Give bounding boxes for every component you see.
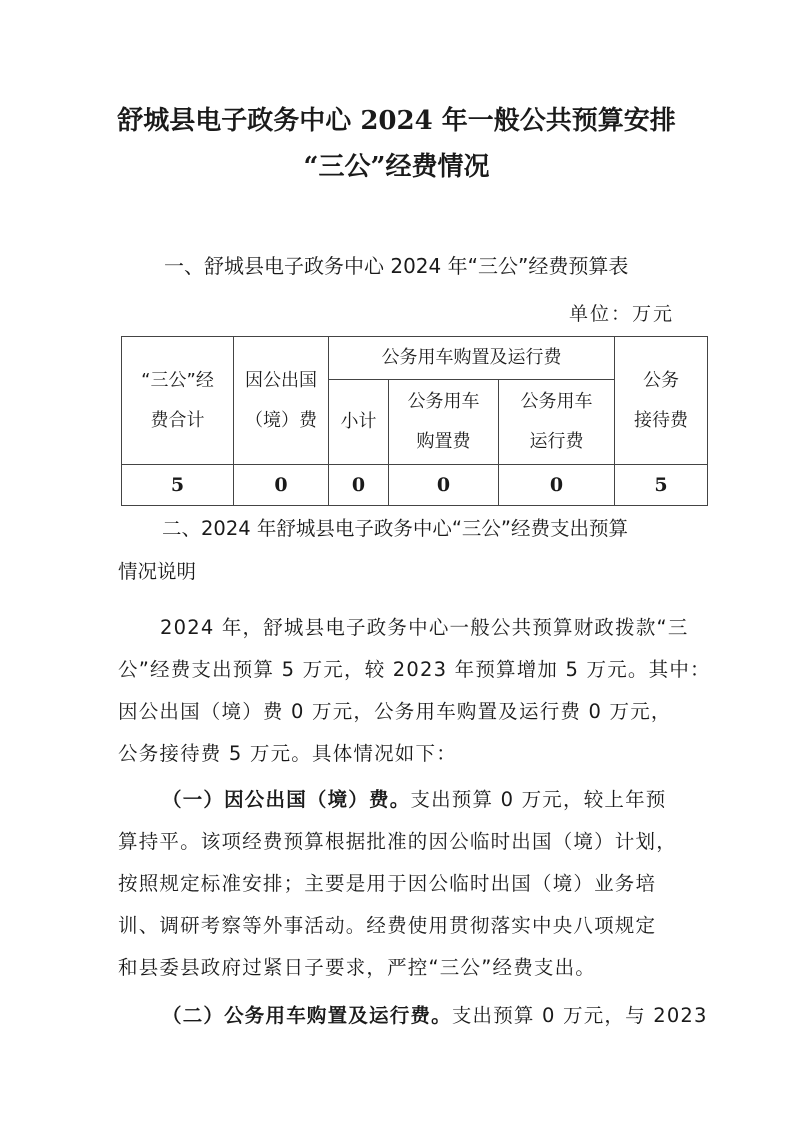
header-purchase-line2: 购置费 [389, 422, 498, 462]
subheading-abroad: （一）因公出国（境）费。 [162, 788, 410, 811]
header-total-line1: “三公”经 [122, 361, 233, 401]
header-abroad-line1: 因公出国 [234, 361, 328, 401]
header-reception-line2: 接待费 [615, 401, 707, 441]
value-subtotal: 0 [329, 465, 389, 506]
unit-label: 单位：万元 [569, 299, 674, 326]
header-reception-line1: 公务 [615, 361, 707, 401]
header-purchase: 公务用车 购置费 [389, 380, 499, 465]
header-operation: 公务用车 运行费 [499, 380, 615, 465]
document-title-line2: “三公”经费情况 [0, 146, 793, 183]
header-subtotal: 小计 [329, 380, 389, 465]
value-abroad: 0 [234, 465, 329, 506]
table-row: 5 0 0 0 0 5 [122, 465, 708, 506]
subheading-vehicle: （二）公务用车购置及运行费。 [162, 1004, 452, 1027]
paragraph-line: （一）因公出国（境）费。支出预算 0 万元，较上年预 [162, 784, 667, 812]
paragraph-line: 和县委县政府过紧日子要求，严控“三公”经费支出。 [118, 952, 596, 980]
section1-heading: 一、舒城县电子政务中心 2024 年“三公”经费预算表 [164, 250, 628, 279]
paragraph-text: 支出预算 0 万元，与 2023 [452, 1004, 708, 1027]
paragraph-line: 因公出国（境）费 0 万元，公务用车购置及运行费 0 万元， [118, 696, 672, 724]
header-vehicle-group: 公务用车购置及运行费 [329, 337, 615, 380]
section2-heading-line2: 情况说明 [118, 556, 196, 584]
paragraph-line: 2024 年，舒城县电子政务中心一般公共预算财政拨款“三 [160, 612, 689, 640]
paragraph-line: 公务接待费 5 万元。具体情况如下： [118, 738, 457, 766]
paragraph-text: 支出预算 0 万元，较上年预 [410, 788, 666, 811]
value-reception: 5 [615, 465, 708, 506]
section2-heading-line1: 二、2024 年舒城县电子政务中心“三公”经费支出预算 [162, 513, 628, 541]
paragraph-line: （二）公务用车购置及运行费。支出预算 0 万元，与 2023 [162, 1000, 708, 1028]
header-operation-line2: 运行费 [499, 422, 614, 462]
header-abroad-line2: （境）费 [234, 401, 328, 441]
value-operation: 0 [499, 465, 615, 506]
header-total: “三公”经 费合计 [122, 337, 234, 465]
paragraph-line: 算持平。该项经费预算根据批准的因公临时出国（境）计划， [118, 826, 677, 854]
three-public-budget-table: “三公”经 费合计 因公出国 （境）费 公务用车购置及运行费 公务 接待费 小计… [121, 336, 708, 506]
paragraph-line: 公”经费支出预算 5 万元，较 2023 年预算增加 5 万元。其中： [118, 654, 711, 682]
header-purchase-line1: 公务用车 [389, 382, 498, 422]
paragraph-line: 训、调研考察等外事活动。经费使用贯彻落实中央八项规定 [118, 910, 656, 938]
header-abroad: 因公出国 （境）费 [234, 337, 329, 465]
paragraph-line: 按照规定标准安排；主要是用于因公临时出国（境）业务培 [118, 868, 656, 896]
value-purchase: 0 [389, 465, 499, 506]
header-total-line2: 费合计 [122, 401, 233, 441]
header-reception: 公务 接待费 [615, 337, 708, 465]
document-title-line1: 舒城县电子政务中心 2024 年一般公共预算安排 [0, 100, 793, 137]
value-total: 5 [122, 465, 234, 506]
header-operation-line1: 公务用车 [499, 382, 614, 422]
